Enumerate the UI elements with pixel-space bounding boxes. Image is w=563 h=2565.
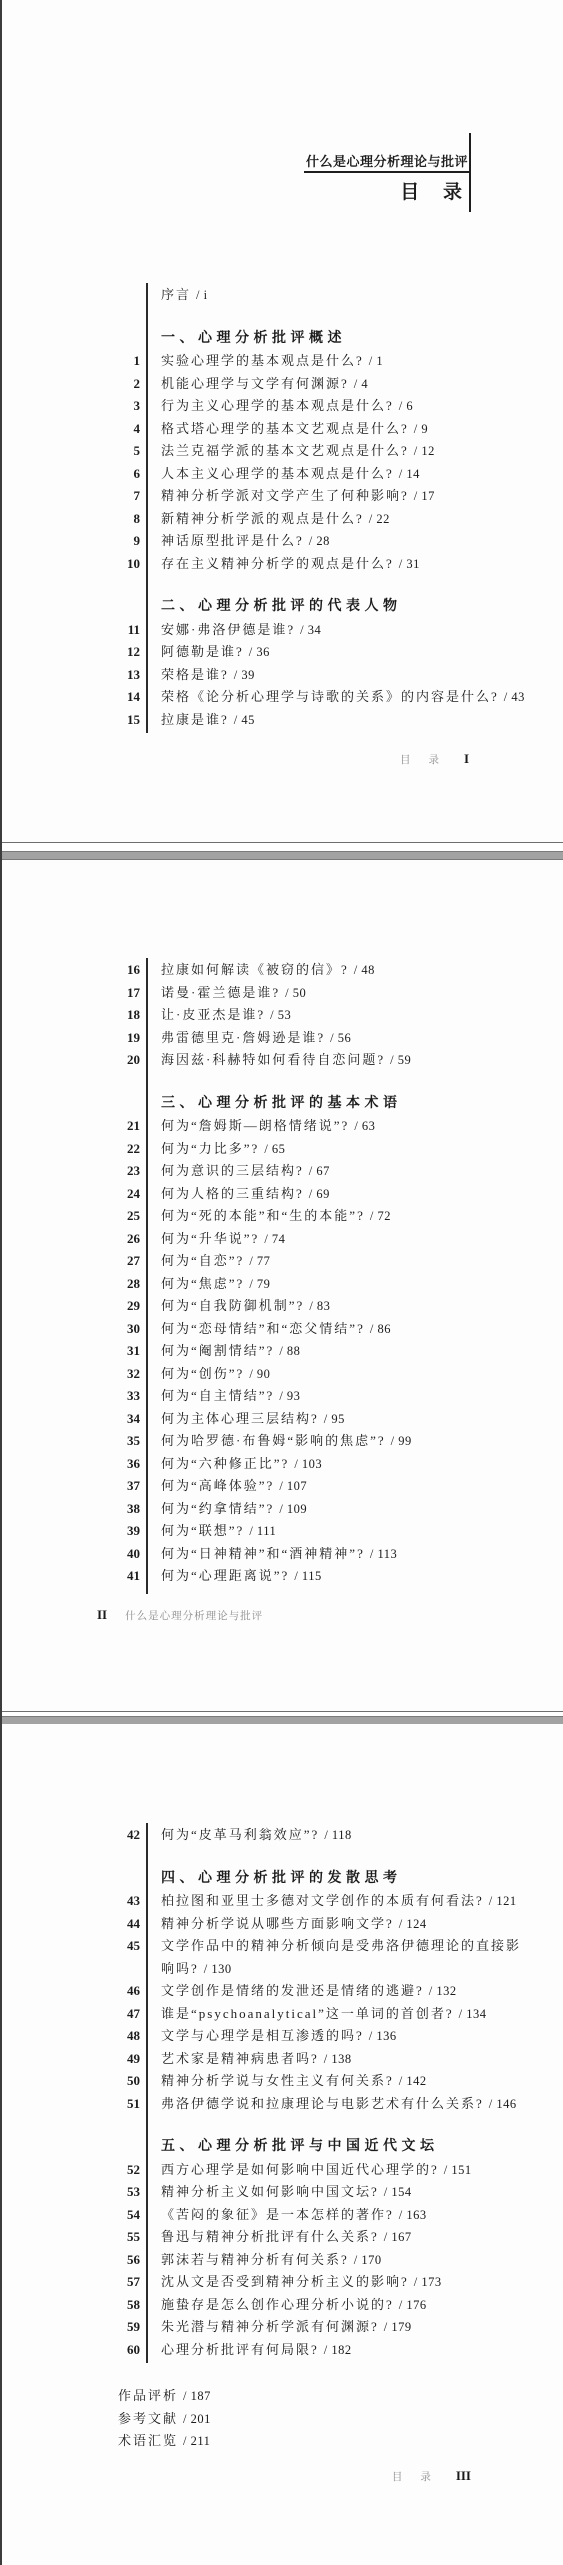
toc-entry-title: 序言 — [161, 284, 191, 307]
toc-entry-page: / 179 — [384, 2316, 412, 2339]
toc-row: 55 鲁迅与精神分析批评有什么关系? / 167 — [100, 2226, 550, 2249]
toc-entry-page: / 173 — [414, 2271, 442, 2294]
toc-entry-page: / 154 — [384, 2181, 412, 2204]
toc-entry-title: 五、心理分析批评与中国近代文坛 — [161, 2136, 439, 2159]
toc-row: 参考文献 / 201 — [100, 2408, 550, 2431]
toc-entry-number: 54 — [100, 2204, 140, 2227]
toc-row: 53 精神分析主义如何影响中国文坛? / 154 — [100, 2181, 550, 2204]
toc-row: 57 沈从文是否受到精神分析主义的影响? / 173 — [100, 2271, 550, 2294]
toc-entry-page: / 146 — [489, 2093, 517, 2116]
toc-entry-number: 36 — [100, 1453, 140, 1476]
toc-entry-page: / 69 — [309, 1183, 330, 1206]
toc-entry-number: 15 — [100, 709, 140, 732]
toc-entry-number: 32 — [100, 1363, 140, 1386]
toc-entry-number: 12 — [100, 641, 140, 664]
toc-entry-number: 52 — [100, 2159, 140, 2182]
toc-row: 46 文学创作是情绪的发泄还是情绪的逃避? / 132 — [100, 1980, 550, 2003]
toc-entry-page: / 67 — [309, 1160, 330, 1183]
toc-list-page-1: 序言 / i 一、心理分析批评概述 1 实验心理学的基本观点是什么? / 1 2… — [100, 284, 550, 731]
toc-entry-page: / 111 — [249, 1520, 276, 1543]
toc-entry-title: 术语汇览 — [118, 2430, 178, 2453]
toc-row: 35 何为哈罗德·布鲁姆“影响的焦虑”? / 99 — [100, 1430, 550, 1453]
toc-entry-number: 8 — [100, 508, 140, 531]
toc-row: 32 何为“创伤”? / 90 — [100, 1363, 550, 1386]
toc-entry-number: 35 — [100, 1430, 140, 1453]
toc-row: 34 何为主体心理三层结构? / 95 — [100, 1408, 550, 1431]
toc-entry-page: / 134 — [459, 2003, 487, 2026]
toc-entry-number: 7 — [100, 485, 140, 508]
toc-entry-title: 作品评析 — [118, 2385, 178, 2408]
toc-entry-number: 4 — [100, 418, 140, 441]
toc-row: 12 阿德勒是谁? / 36 — [100, 641, 550, 664]
toc-entry-title: 阿德勒是谁? — [161, 641, 244, 664]
toc-entry-page: / 53 — [270, 1004, 291, 1027]
page-separator-band-1 — [0, 851, 563, 860]
toc-entry-number: 17 — [100, 982, 140, 1005]
toc-entry-title: 拉康是谁? — [161, 709, 229, 732]
toc-entry-title: 何为“自我防御机制”? — [161, 1295, 304, 1318]
toc-entry-title: 文学创作是情绪的发泄还是情绪的逃避? — [161, 1980, 424, 2003]
toc-row: 21 何为“詹姆斯—朗格情绪说”? / 63 — [100, 1115, 550, 1138]
toc-entry-number: 5 — [100, 440, 140, 463]
toc-entry-number: 37 — [100, 1475, 140, 1498]
toc-entry-title: 何为“六种修正比”? — [161, 1453, 289, 1476]
toc-entry-title: 何为“升华说”? — [161, 1228, 259, 1251]
toc-entry-page: / 45 — [234, 709, 255, 732]
toc-list-page-2: 16 拉康如何解读《被窃的信》? / 48 17 诺曼·霍兰德是谁? / 50 … — [100, 959, 550, 1588]
toc-row: 4 格式塔心理学的基本文艺观点是什么? / 9 — [100, 418, 550, 441]
toc-entry-title: 心理分析批评有何局限? — [161, 2339, 319, 2362]
toc-row: 3 行为主义心理学的基本观点是什么? / 6 — [100, 395, 550, 418]
toc-entry-page: / 167 — [384, 2226, 412, 2249]
toc-row: 四、心理分析批评的发散思考 — [100, 1868, 550, 1891]
toc-entry-page: / 14 — [399, 463, 420, 486]
toc-entry-number: 45 — [100, 1935, 140, 1958]
toc-row: 50 精神分析学说与女性主义有何关系? / 142 — [100, 2070, 550, 2093]
header-horizontal-rule — [304, 171, 470, 173]
footer-page-number: II — [97, 1607, 107, 1623]
toc-list-page-3: 42 何为“皮革马利翁效应”? / 118 四、心理分析批评的发散思考 43 柏… — [100, 1824, 550, 2453]
toc-entry-page: / 113 — [370, 1543, 397, 1566]
toc-row: 三、心理分析批评的基本术语 — [100, 1093, 550, 1116]
toc-entry-number: 27 — [100, 1250, 140, 1273]
toc-row: 14 荣格《论分析心理学与诗歌的关系》的内容是什么? / 43 — [100, 686, 550, 709]
toc-entry-number: 51 — [100, 2093, 140, 2116]
toc-row: 二、心理分析批评的代表人物 — [100, 596, 550, 619]
footer-book-title: 什么是心理分析理论与批评 — [125, 1608, 263, 1623]
toc-entry-page: / 170 — [354, 2249, 382, 2272]
toc-row: 43 柏拉图和亚里士多德对文学创作的本质有何看法? / 121 — [100, 1890, 550, 1913]
toc-entry-number: 16 — [100, 959, 140, 982]
toc-entry-title: 实验心理学的基本观点是什么? — [161, 350, 364, 373]
toc-entry-page: / 176 — [399, 2294, 427, 2317]
toc-row: 38 何为“约拿情结”? / 109 — [100, 1498, 550, 1521]
toc-row: 24 何为人格的三重结构? / 69 — [100, 1183, 550, 1206]
toc-entry-number: 14 — [100, 686, 140, 709]
toc-row: 51 弗洛伊德学说和拉康理论与电影艺术有什么关系? / 146 — [100, 2093, 550, 2116]
toc-entry-page: / 124 — [399, 1913, 427, 1936]
toc-row: 5 法兰克福学派的基本文艺观点是什么? / 12 — [100, 440, 550, 463]
toc-entry-title: 文学作品中的精神分析倾向是受弗洛伊德理论的直接影 — [161, 1935, 521, 1958]
toc-row: 8 新精神分析学派的观点是什么? / 22 — [100, 508, 550, 531]
toc-heading-char-lu: 录 — [443, 182, 462, 203]
toc-entry-title: 柏拉图和亚里士多德对文学创作的本质有何看法? — [161, 1890, 484, 1913]
toc-entry-number: 60 — [100, 2339, 140, 2362]
toc-entry-number: 40 — [100, 1543, 140, 1566]
toc-row: 18 让·皮亚杰是谁? / 53 — [100, 1004, 550, 1027]
toc-row: 59 朱光潜与精神分析学派有何渊源? / 179 — [100, 2316, 550, 2339]
toc-entry-title: 一、心理分析批评概述 — [161, 328, 346, 351]
toc-entry-title: 何为“阉割情结”? — [161, 1340, 274, 1363]
toc-entry-page: / 121 — [489, 1890, 517, 1913]
toc-row: 58 施蛰存是怎么创作心理分析小说的? / 176 — [100, 2294, 550, 2317]
toc-entry-title: 何为“创伤”? — [161, 1363, 244, 1386]
toc-entry-page: / 103 — [294, 1453, 322, 1476]
toc-entry-page: / 48 — [354, 959, 375, 982]
toc-row: 33 何为“自主情结”? / 93 — [100, 1385, 550, 1408]
page-footer: 目 录 I — [400, 751, 469, 767]
toc-entry-title: 新精神分析学派的观点是什么? — [161, 508, 364, 531]
toc-entry-number: 49 — [100, 2048, 140, 2071]
toc-entry-title: 机能心理学与文学有何渊源? — [161, 373, 349, 396]
toc-entry-title: 安娜·弗洛伊德是谁? — [161, 619, 295, 642]
toc-entry-title: 何为“自恋”? — [161, 1250, 244, 1273]
toc-row: 2 机能心理学与文学有何渊源? / 4 — [100, 373, 550, 396]
toc-entry-title: 精神分析主义如何影响中国文坛? — [161, 2181, 379, 2204]
toc-page-2: 16 拉康如何解读《被窃的信》? / 48 17 诺曼·霍兰德是谁? / 50 … — [0, 860, 563, 1711]
toc-row: 五、心理分析批评与中国近代文坛 — [100, 2136, 550, 2159]
toc-entry-number: 6 — [100, 463, 140, 486]
toc-entry-number: 44 — [100, 1913, 140, 1936]
toc-entry-number: 10 — [100, 553, 140, 576]
toc-entry-number: 22 — [100, 1138, 140, 1161]
toc-entry-title: 何为“詹姆斯—朗格情绪说”? — [161, 1115, 349, 1138]
toc-row: 术语汇览 / 211 — [100, 2430, 550, 2453]
toc-entry-number: 30 — [100, 1318, 140, 1341]
toc-entry-page: / 9 — [414, 418, 428, 441]
toc-entry-number: 13 — [100, 664, 140, 687]
toc-entry-title: 诺曼·霍兰德是谁? — [161, 982, 280, 1005]
toc-entry-page: / 79 — [249, 1273, 270, 1296]
toc-entry-page: / 12 — [414, 440, 435, 463]
toc-entry-title: 谁是“psychoanalytical”这一单词的首创者? — [161, 2003, 454, 2026]
toc-entry-number: 33 — [100, 1385, 140, 1408]
toc-entry-page: / 118 — [324, 1824, 351, 1847]
toc-entry-page: / 31 — [399, 553, 420, 576]
toc-entry-page: / 72 — [370, 1205, 391, 1228]
toc-entry-title: 二、心理分析批评的代表人物 — [161, 596, 402, 619]
toc-entry-title: 何为“联想”? — [161, 1520, 244, 1543]
toc-row: 44 精神分析学说从哪些方面影响文学? / 124 — [100, 1913, 550, 1936]
toc-row: 11 安娜·弗洛伊德是谁? / 34 — [100, 619, 550, 642]
toc-entry-page: / 34 — [300, 619, 321, 642]
toc-entry-number: 2 — [100, 373, 140, 396]
toc-entry-title: 何为哈罗德·布鲁姆“影响的焦虑”? — [161, 1430, 386, 1453]
footer-label-lu: 录 — [428, 752, 440, 767]
page-1-bottom-edge — [0, 842, 563, 843]
toc-entry-page: / 50 — [285, 982, 306, 1005]
footer-label-mu: 目 — [400, 752, 412, 767]
toc-entry-number: 47 — [100, 2003, 140, 2026]
toc-row: 56 郭沫若与精神分析有何关系? / 170 — [100, 2249, 550, 2272]
toc-row: 49 艺术家是精神病患者吗? / 138 — [100, 2048, 550, 2071]
toc-entry-title: 参考文献 — [118, 2408, 178, 2431]
toc-entry-title: 何为“焦虑”? — [161, 1273, 244, 1296]
toc-row: 54 《苦闷的象征》是一本怎样的著作? / 163 — [100, 2204, 550, 2227]
scanned-toc-document: { "page1": { "header": { "book_title": "… — [0, 0, 563, 2565]
page-footer: 目 录 III — [392, 2468, 471, 2484]
toc-entry-number: 20 — [100, 1049, 140, 1072]
toc-entry-page: / 63 — [354, 1115, 375, 1138]
toc-entry-title: 何为“约拿情结”? — [161, 1498, 274, 1521]
toc-entry-title: 响吗? — [161, 1958, 199, 1981]
toc-entry-number: 11 — [100, 619, 140, 642]
toc-entry-number: 41 — [100, 1565, 140, 1588]
toc-entry-page: / i — [196, 284, 208, 307]
toc-row: 1 实验心理学的基本观点是什么? / 1 — [100, 350, 550, 373]
toc-entry-title: 神话原型批评是什么? — [161, 530, 304, 553]
toc-entry-page: / 115 — [294, 1565, 321, 1588]
toc-entry-page: / 1 — [369, 350, 383, 373]
toc-entry-title: 弗洛伊德学说和拉康理论与电影艺术有什么关系? — [161, 2093, 484, 2116]
toc-entry-title: 何为“日神精神”和“酒神精神”? — [161, 1543, 365, 1566]
toc-row: 一、心理分析批评概述 — [100, 328, 550, 351]
toc-entry-page: / 83 — [309, 1295, 330, 1318]
toc-entry-number: 34 — [100, 1408, 140, 1431]
toc-entry-title: 何为“自主情结”? — [161, 1385, 274, 1408]
toc-entry-title: 行为主义心理学的基本观点是什么? — [161, 395, 394, 418]
toc-entry-number: 42 — [100, 1824, 140, 1847]
toc-entry-page: / 211 — [183, 2430, 210, 2453]
toc-entry-page: / 151 — [444, 2159, 472, 2182]
toc-entry-title: 《苦闷的象征》是一本怎样的著作? — [161, 2204, 394, 2227]
toc-entry-title: 郭沫若与精神分析有何关系? — [161, 2249, 349, 2272]
toc-entry-number: 55 — [100, 2226, 140, 2249]
toc-entry-number: 19 — [100, 1027, 140, 1050]
toc-entry-page: / 77 — [249, 1250, 270, 1273]
toc-row: 7 精神分析学派对文学产生了何种影响? / 17 — [100, 485, 550, 508]
toc-entry-page: / 136 — [369, 2025, 397, 2048]
toc-entry-title: 荣格《论分析心理学与诗歌的关系》的内容是什么? — [161, 686, 499, 709]
toc-row: 42 何为“皮革马利翁效应”? / 118 — [100, 1824, 550, 1847]
toc-entry-title: 施蛰存是怎么创作心理分析小说的? — [161, 2294, 394, 2317]
toc-page-1: 什么是心理分析理论与批评 目 录 序言 / i 一、心理分析批评概述 1 实验心… — [0, 0, 563, 842]
toc-entry-title: 何为“皮革马利翁效应”? — [161, 1824, 319, 1847]
toc-row: 25 何为“死的本能”和“生的本能”? / 72 — [100, 1205, 550, 1228]
toc-entry-title: 何为“恋母情结”和“恋父情结”? — [161, 1318, 365, 1341]
toc-row: 52 西方心理学是如何影响中国近代心理学的? / 151 — [100, 2159, 550, 2182]
toc-entry-page: / 132 — [429, 1980, 457, 2003]
toc-row: 30 何为“恋母情结”和“恋父情结”? / 86 — [100, 1318, 550, 1341]
toc-entry-title: 精神分析学说与女性主义有何关系? — [161, 2070, 394, 2093]
toc-entry-number: 39 — [100, 1520, 140, 1543]
toc-row: 15 拉康是谁? / 45 — [100, 709, 550, 732]
toc-entry-title: 海因兹·科赫特如何看待自恋问题? — [161, 1049, 385, 1072]
toc-row: 6 人本主义心理学的基本观点是什么? / 14 — [100, 463, 550, 486]
toc-row: 39 何为“联想”? / 111 — [100, 1520, 550, 1543]
toc-entry-number: 56 — [100, 2249, 140, 2272]
toc-entry-page: / 6 — [399, 395, 413, 418]
toc-entry-title: 三、心理分析批评的基本术语 — [161, 1093, 402, 1116]
toc-entry-title: 鲁迅与精神分析批评有什么关系? — [161, 2226, 379, 2249]
toc-entry-page: / 109 — [279, 1498, 307, 1521]
toc-row: 23 何为意识的三层结构? / 67 — [100, 1160, 550, 1183]
footer-page-number: III — [456, 2468, 471, 2484]
footer-label-mu: 目 — [392, 2469, 404, 2484]
toc-entry-page: / 43 — [504, 686, 525, 709]
toc-entry-number: 59 — [100, 2316, 140, 2339]
toc-entry-page: / 59 — [390, 1049, 411, 1072]
toc-entry-title: 荣格是谁? — [161, 664, 229, 687]
toc-entry-page: / 74 — [264, 1228, 285, 1251]
toc-entry-title: 艺术家是精神病患者吗? — [161, 2048, 319, 2071]
toc-entry-title: 沈从文是否受到精神分析主义的影响? — [161, 2271, 409, 2294]
toc-entry-page: / 36 — [249, 641, 270, 664]
toc-row: 10 存在主义精神分析学的观点是什么? / 31 — [100, 553, 550, 576]
toc-entry-number: 53 — [100, 2181, 140, 2204]
book-title: 什么是心理分析理论与批评 — [306, 151, 468, 170]
toc-entry-number: 43 — [100, 1890, 140, 1913]
toc-row: 17 诺曼·霍兰德是谁? / 50 — [100, 982, 550, 1005]
page-footer: II 什么是心理分析理论与批评 — [97, 1607, 263, 1623]
toc-row: 9 神话原型批评是什么? / 28 — [100, 530, 550, 553]
toc-entry-page: / 4 — [354, 373, 368, 396]
toc-entry-title: 四、心理分析批评的发散思考 — [161, 1868, 402, 1891]
toc-entry-title: 精神分析学说从哪些方面影响文学? — [161, 1913, 394, 1936]
toc-entry-title: 何为“心理距离说”? — [161, 1565, 289, 1588]
toc-entry-page: / 142 — [399, 2070, 427, 2093]
toc-entry-number: 3 — [100, 395, 140, 418]
toc-row: 28 何为“焦虑”? / 79 — [100, 1273, 550, 1296]
toc-entry-page: / 88 — [279, 1340, 300, 1363]
toc-entry-title: 拉康如何解读《被窃的信》? — [161, 959, 349, 982]
toc-row: 29 何为“自我防御机制”? / 83 — [100, 1295, 550, 1318]
toc-row: 40 何为“日神精神”和“酒神精神”? / 113 — [100, 1543, 550, 1566]
toc-entry-number: 1 — [100, 350, 140, 373]
toc-entry-page: / 65 — [264, 1138, 285, 1161]
toc-entry-page: / 90 — [249, 1363, 270, 1386]
toc-entry-page: / 28 — [309, 530, 330, 553]
toc-entry-page: / 39 — [234, 664, 255, 687]
toc-row: 37 何为“高峰体验”? / 107 — [100, 1475, 550, 1498]
toc-entry-number: 57 — [100, 2271, 140, 2294]
toc-entry-page: / 201 — [183, 2408, 211, 2431]
toc-entry-number: 50 — [100, 2070, 140, 2093]
toc-entry-page: / 56 — [330, 1027, 351, 1050]
toc-entry-page: / 163 — [399, 2204, 427, 2227]
footer-page-number: I — [464, 751, 469, 767]
toc-entry-number: 28 — [100, 1273, 140, 1296]
toc-heading: 目 录 — [400, 177, 462, 204]
toc-entry-number: 29 — [100, 1295, 140, 1318]
toc-entry-title: 朱光潜与精神分析学派有何渊源? — [161, 2316, 379, 2339]
toc-row: 45 文学作品中的精神分析倾向是受弗洛伊德理论的直接影 — [100, 1935, 550, 1958]
toc-entry-title: 何为“力比多”? — [161, 1138, 259, 1161]
toc-entry-number: 9 — [100, 530, 140, 553]
toc-entry-title: 文学与心理学是相互渗透的吗? — [161, 2025, 364, 2048]
toc-entry-title: 西方心理学是如何影响中国近代心理学的? — [161, 2159, 439, 2182]
toc-entry-page: / 86 — [370, 1318, 391, 1341]
toc-page-3: 42 何为“皮革马利翁效应”? / 118 四、心理分析批评的发散思考 43 柏… — [0, 1724, 563, 2565]
toc-entry-page: / 138 — [324, 2048, 352, 2071]
toc-row: 20 海因兹·科赫特如何看待自恋问题? / 59 — [100, 1049, 550, 1072]
toc-heading-char-mu: 目 — [400, 182, 419, 203]
toc-entry-number: 58 — [100, 2294, 140, 2317]
toc-row: 60 心理分析批评有何局限? / 182 — [100, 2339, 550, 2362]
toc-entry-page: / 93 — [279, 1385, 300, 1408]
toc-entry-title: 格式塔心理学的基本文艺观点是什么? — [161, 418, 409, 441]
toc-entry-page: / 130 — [204, 1958, 232, 1981]
toc-entry-page: / 22 — [369, 508, 390, 531]
toc-entry-number: 31 — [100, 1340, 140, 1363]
toc-row: 26 何为“升华说”? / 74 — [100, 1228, 550, 1251]
toc-entry-page: / 182 — [324, 2339, 352, 2362]
toc-row: 16 拉康如何解读《被窃的信》? / 48 — [100, 959, 550, 982]
toc-entry-title: 何为“高峰体验”? — [161, 1475, 274, 1498]
toc-row: 13 荣格是谁? / 39 — [100, 664, 550, 687]
toc-entry-page: / 107 — [279, 1475, 307, 1498]
toc-row: 响吗? / 130 — [100, 1958, 550, 1981]
toc-row: 47 谁是“psychoanalytical”这一单词的首创者? / 134 — [100, 2003, 550, 2026]
footer-label-lu: 录 — [420, 2469, 432, 2484]
toc-row: 序言 / i — [100, 284, 550, 307]
scan-left-edge-line — [0, 0, 2, 2565]
toc-entry-number: 24 — [100, 1183, 140, 1206]
toc-entry-number: 18 — [100, 1004, 140, 1027]
toc-row: 31 何为“阉割情结”? / 88 — [100, 1340, 550, 1363]
toc-entry-number: 38 — [100, 1498, 140, 1521]
toc-entry-number: 26 — [100, 1228, 140, 1251]
toc-entry-title: 让·皮亚杰是谁? — [161, 1004, 265, 1027]
toc-entry-title: 人本主义心理学的基本观点是什么? — [161, 463, 394, 486]
toc-row: 36 何为“六种修正比”? / 103 — [100, 1453, 550, 1476]
toc-entry-number: 25 — [100, 1205, 140, 1228]
toc-row: 作品评析 / 187 — [100, 2385, 550, 2408]
toc-row: 41 何为“心理距离说”? / 115 — [100, 1565, 550, 1588]
toc-entry-number: 46 — [100, 1980, 140, 2003]
toc-entry-number: 21 — [100, 1115, 140, 1138]
toc-entry-page: / 99 — [391, 1430, 412, 1453]
toc-entry-page: / 17 — [414, 485, 435, 508]
toc-entry-number: 48 — [100, 2025, 140, 2048]
toc-entry-page: / 187 — [183, 2385, 211, 2408]
toc-entry-title: 弗雷德里克·詹姆逊是谁? — [161, 1027, 325, 1050]
toc-entry-title: 何为意识的三层结构? — [161, 1160, 304, 1183]
toc-entry-title: 何为“死的本能”和“生的本能”? — [161, 1205, 365, 1228]
toc-entry-title: 何为人格的三重结构? — [161, 1183, 304, 1206]
toc-entry-page: / 95 — [324, 1408, 345, 1431]
toc-entry-title: 法兰克福学派的基本文艺观点是什么? — [161, 440, 409, 463]
toc-row: 48 文学与心理学是相互渗透的吗? / 136 — [100, 2025, 550, 2048]
toc-row: 19 弗雷德里克·詹姆逊是谁? / 56 — [100, 1027, 550, 1050]
toc-row: 27 何为“自恋”? / 77 — [100, 1250, 550, 1273]
page-2-bottom-edge — [0, 1711, 563, 1712]
toc-entry-number: 23 — [100, 1160, 140, 1183]
toc-entry-title: 存在主义精神分析学的观点是什么? — [161, 553, 394, 576]
toc-entry-title: 何为主体心理三层结构? — [161, 1408, 319, 1431]
toc-entry-title: 精神分析学派对文学产生了何种影响? — [161, 485, 409, 508]
toc-row: 22 何为“力比多”? / 65 — [100, 1138, 550, 1161]
